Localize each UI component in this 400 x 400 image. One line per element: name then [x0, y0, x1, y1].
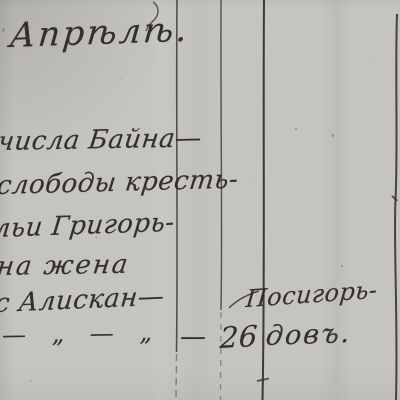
entry-text-line-2: слободы кресть-: [0, 165, 240, 201]
paper-speck: [295, 128, 297, 130]
paper-speck: [2, 28, 5, 32]
column-rule-4: [395, 14, 397, 400]
entry-text-line-4: на жена: [0, 250, 131, 282]
entry-text-line-1: числа Байна—: [0, 123, 204, 157]
column-rule-2: [221, 0, 222, 310]
paper-speck: [332, 134, 334, 137]
right-column-text-line-2: довъ.: [264, 318, 353, 352]
column-rule-3: [263, 0, 265, 400]
paper-speck: [370, 60, 371, 62]
column-number: 26: [219, 319, 259, 355]
paper-speck: [58, 345, 60, 347]
ditto-marks: — „ — „: [2, 318, 156, 349]
paper-speck: [250, 180, 251, 182]
paper-speck: [341, 265, 343, 267]
column-blank-dash: —: [180, 322, 207, 352]
header-month-word: Апрѣлѣ.: [8, 10, 191, 56]
paper-speck: [120, 78, 122, 79]
manuscript-page: Апрѣлѣ. числа Байна— слободы кресть- льи…: [0, 0, 400, 400]
paper-speck: [30, 380, 32, 382]
column-rule-1-lower: [176, 354, 177, 400]
junction-tick: [257, 379, 269, 382]
paper-speck: [95, 236, 97, 238]
